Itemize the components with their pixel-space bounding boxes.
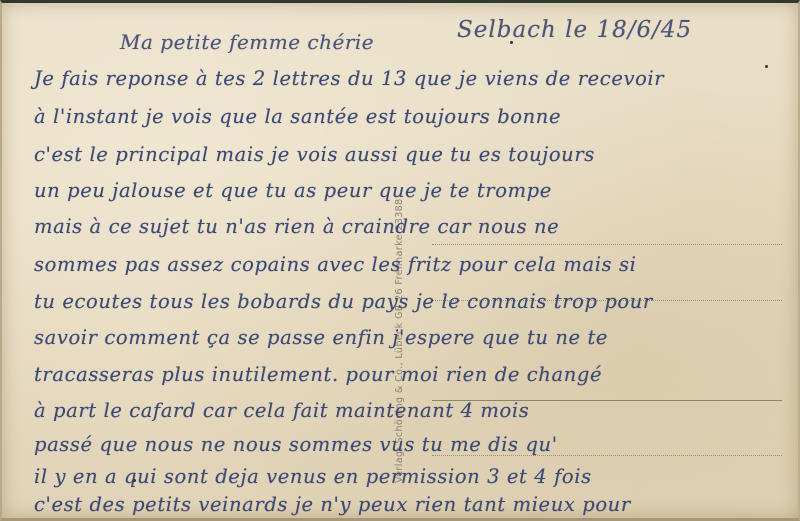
ink-speck <box>510 41 513 44</box>
ink-speck <box>765 65 768 68</box>
message-line: tracasseras plus inutilement. pour moi r… <box>34 363 602 386</box>
ink-speck <box>133 479 136 482</box>
message-line: sommes pas assez copains avec les fritz … <box>34 253 636 276</box>
message-line: tu ecoutes tous les bobards du pays je l… <box>34 290 653 313</box>
place-date: Selbach le 18/6/45 <box>457 17 692 43</box>
message-line: à l'instant je vois que la santée est to… <box>34 105 561 128</box>
message-line: mais à ce sujet tu n'as rien à craindre … <box>34 215 559 238</box>
message-line: c'est le principal mais je vois aussi qu… <box>34 143 595 166</box>
postcard: Verlag: Schöning & Co., Lübeck GB 26 Fre… <box>0 0 800 521</box>
message-line: savoir comment ça se passe enfin j'esper… <box>34 326 608 349</box>
message-line: il y en a qui sont deja venus en permiss… <box>34 465 592 488</box>
message-line: Je fais reponse à tes 2 lettres du 13 qu… <box>34 67 664 90</box>
message-line: à part le cafard car cela fait maintenan… <box>34 399 529 422</box>
message-line: passé que nous ne nous sommes vus tu me … <box>34 433 558 456</box>
salutation: Ma petite femme chérie <box>120 30 374 54</box>
address-line-1 <box>432 244 782 245</box>
message-line: c'est des petits veinards je n'y peux ri… <box>34 493 631 516</box>
message-line: un peu jalouse et que tu as peur que je … <box>34 179 552 202</box>
